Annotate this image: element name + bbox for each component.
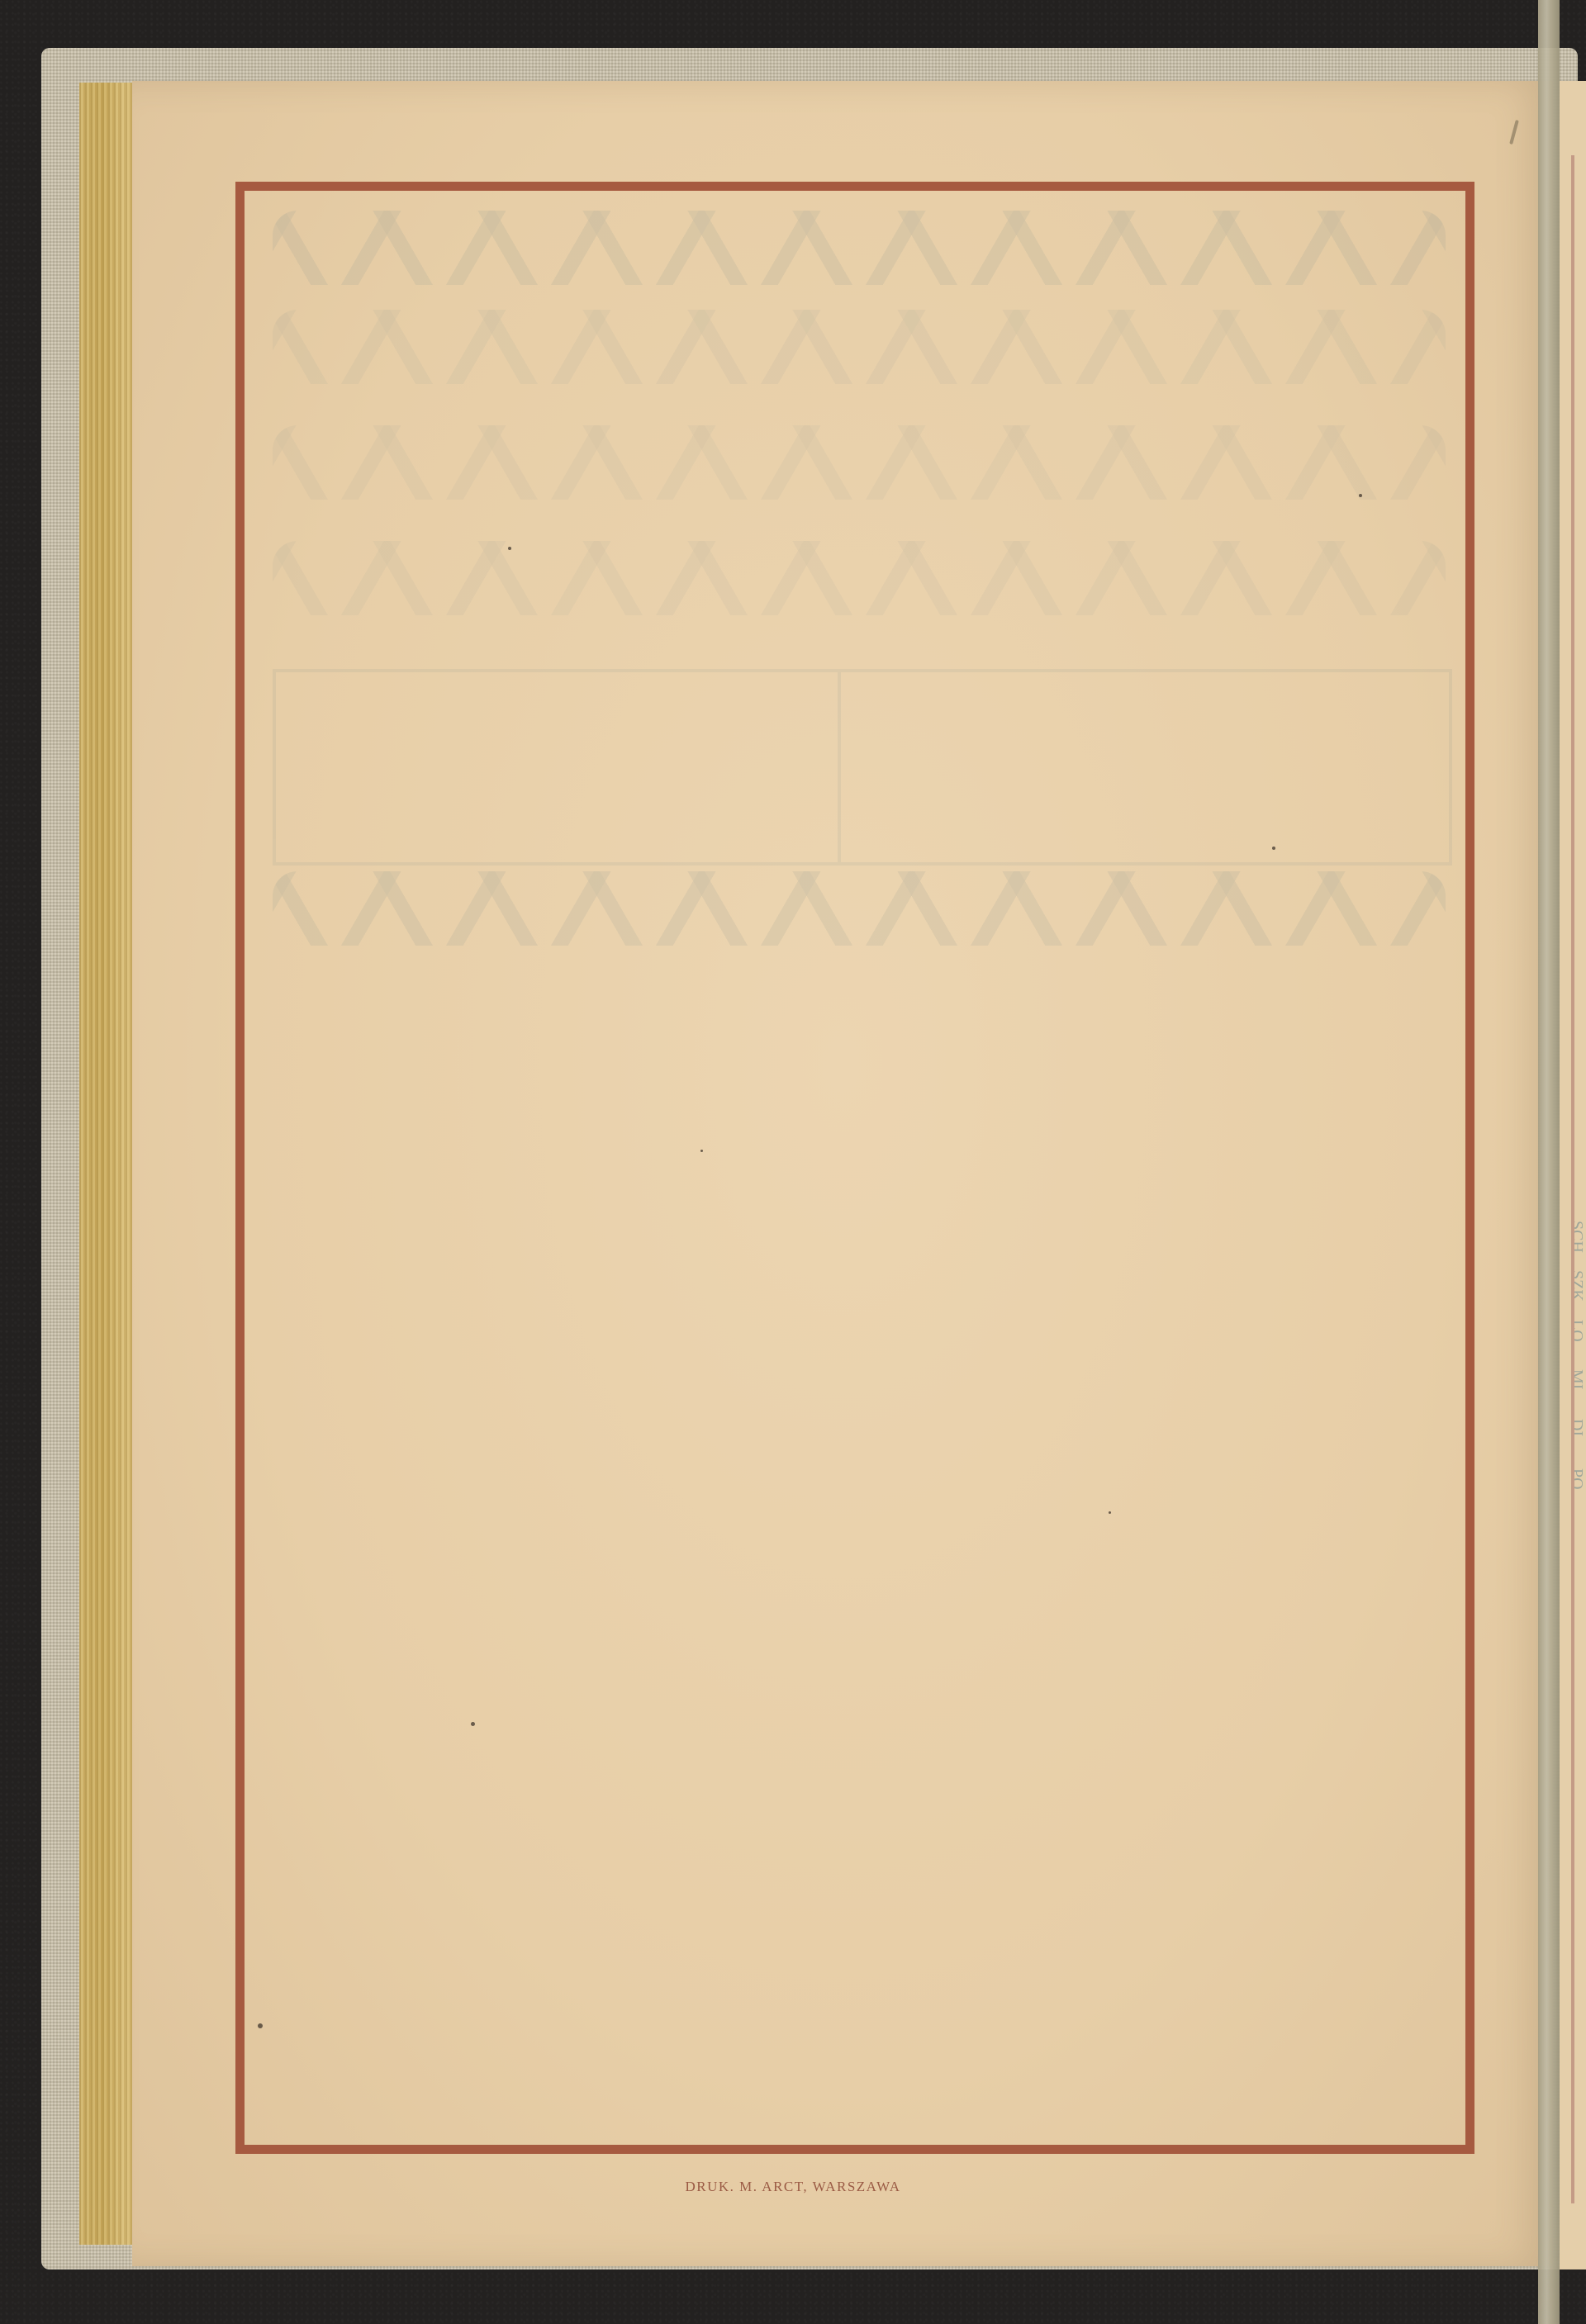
adjacent-page-text-fragment: PO [1574,1468,1586,1490]
paper-speck [258,2023,263,2028]
adjacent-page-text-fragment: MI [1574,1369,1586,1389]
adjacent-page-text-fragment: SZK [1574,1270,1586,1302]
printer-imprint: DRUK. M. ARCT, WARSZAWA [0,2179,1586,2195]
paper-speck [700,1150,703,1152]
paper-speck [1109,1511,1111,1514]
paper-speck [1272,847,1275,850]
adjacent-page-text-fragment: SCH [1574,1221,1586,1253]
paper-speck [471,1722,475,1726]
adjacent-page-text-fragment: DI [1574,1419,1586,1436]
page-border-frame [235,182,1474,2154]
paper-speck [1359,494,1362,497]
binding-gutter [1538,0,1560,2324]
page-edges-stack [79,83,137,2245]
adjacent-page-frame [1571,155,1586,2203]
paper-speck [508,547,511,550]
adjacent-page-edge: SCH SZK LO MI DI PO [1560,81,1586,2269]
adjacent-page-text-fragment: LO [1574,1320,1586,1342]
